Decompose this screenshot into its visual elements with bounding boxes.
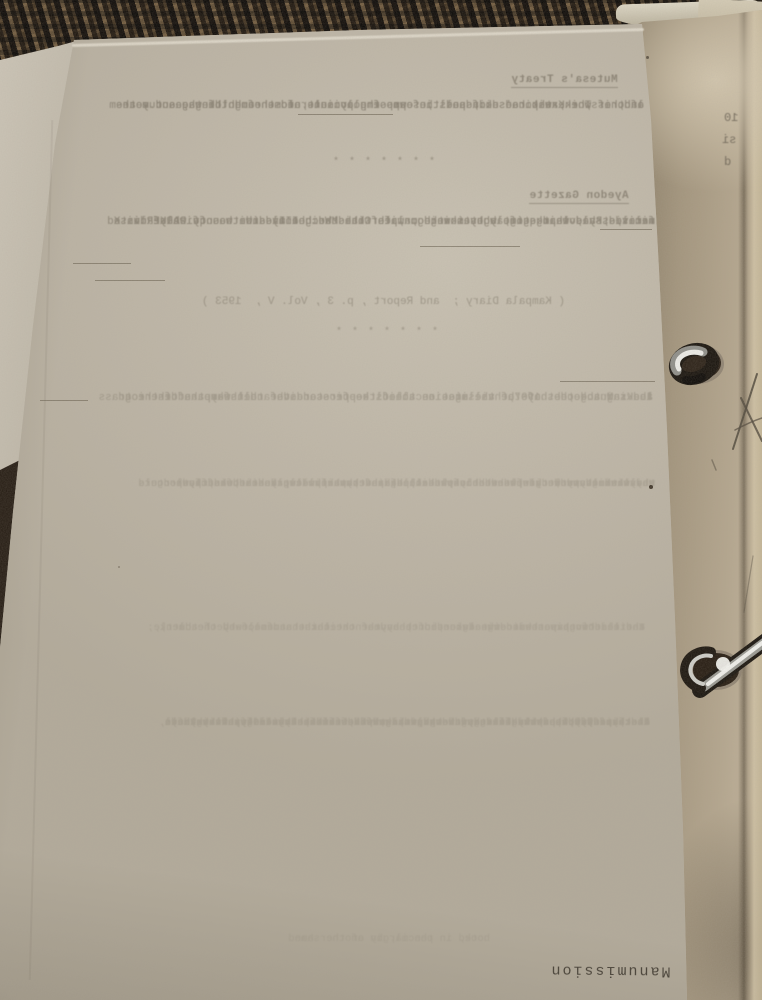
bleedthrough-section3: J. K. Musoke, b. 1907, has since recalle… (38, 366, 653, 402)
typed-fragment: si (722, 134, 736, 147)
underline-mark (40, 400, 88, 401)
underline-mark (298, 114, 393, 115)
underline-mark (73, 263, 131, 264)
bleedthrough-block6: In the dry season the files were moved t… (15, 692, 650, 728)
underline-mark (420, 246, 520, 247)
separator-asterisks: * * * * * * * (330, 157, 440, 168)
bleedthrough-line: and found to be in order. (492, 716, 650, 731)
bleedthrough-line: and was not produced for the inspection … (321, 477, 655, 492)
bleedthrough-line: families also spoke of about in the camp… (272, 214, 655, 231)
bleedthrough-line: laborers, in response did, and the camp … (149, 98, 644, 115)
bleedthrough-line: book, in pencil, by another hand (288, 932, 490, 947)
main-page (0, 0, 762, 1000)
bleedthrough-block4: He noted that the clerks were once calle… (15, 453, 655, 489)
typed-fragment: d (724, 156, 731, 169)
bleedthrough-heading: Ayedon Gazette (529, 190, 628, 204)
stamp-manumission: Manumission (522, 961, 698, 980)
bleedthrough-section1: Mutesa's Treaty The exact cause of polit… (88, 62, 644, 110)
bleedthrough-block7: noted in the margin of the samebook, in … (190, 908, 490, 944)
bleedthrough-line: the rains. (587, 390, 653, 407)
bleedthrough-section2: Ayedon Gazette By evening some agents we… (75, 178, 655, 226)
separator-asterisks: * * * * * * * (333, 327, 443, 338)
underline-mark (95, 280, 165, 281)
bleedthrough-block5: The elders gave their own account of the… (25, 596, 645, 632)
bleedthrough-heading: Mutesa's Treaty (511, 74, 618, 88)
underline-mark (600, 229, 652, 230)
citation-line: ( Kampala Diary ; and Report , p. 3 , Vo… (185, 296, 565, 308)
underline-mark (560, 381, 655, 382)
bleedthrough-line: leaving a good share of the station to i… (158, 390, 653, 407)
bleedthrough-line: Of this no more is recorded. (418, 620, 645, 636)
typed-fragment: 10 (724, 112, 738, 125)
photo-of-binder-page: 10 si d (0, 0, 762, 1000)
ink-speck (118, 566, 120, 568)
ink-speck (649, 485, 653, 489)
ink-speck (646, 56, 649, 59)
